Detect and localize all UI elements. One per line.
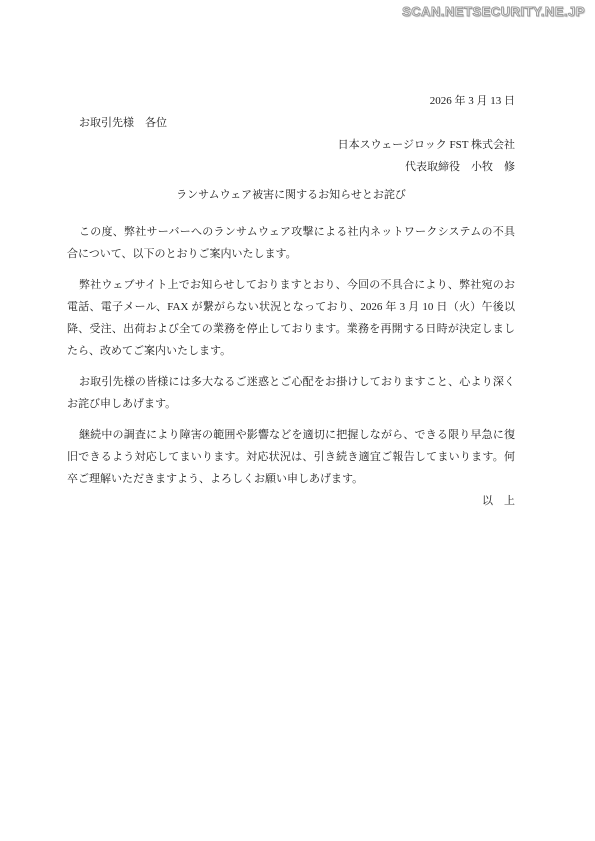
paragraph-line: この度、弊社サーバーへのランサムウェア攻撃による社内ネットワークシステムの不具	[67, 221, 515, 243]
sender-company: 日本スウェージロック FST 株式会社	[67, 134, 515, 156]
paragraph-line: 降、受注、出荷および全ての業務を停止しております。業務を再開する日時が決定しまし	[67, 318, 515, 340]
paragraph: お取引先様の皆様には多大なるご迷惑とご心配をお掛けしておりますこと、心より深くお…	[67, 371, 515, 415]
paragraph-line: 卒ご理解いただきますよう、よろしくお願い申しあげます。	[67, 468, 515, 490]
letter-date: 2026 年 3 月 13 日	[67, 90, 515, 112]
letter-page: SCAN.NETSECURITY.NE.JP 2026 年 3 月 13 日 お…	[0, 0, 595, 841]
paragraph-line: 旧できるよう対応してまいります。対応状況は、引き続き適宜ご報告してまいります。何	[67, 446, 515, 468]
paragraph-line: 弊社ウェブサイト上でお知らせしておりますとおり、今回の不具合により、弊社宛のお	[67, 274, 515, 296]
scan-netsecurity-watermark: SCAN.NETSECURITY.NE.JP	[402, 4, 585, 19]
paragraph-line: 合について、以下のとおりご案内いたします。	[67, 243, 515, 265]
paragraph: 継続中の調査により障害の範囲や影響などを適切に把握しながら、できる限り早急に復旧…	[67, 424, 515, 490]
letter-content: 2026 年 3 月 13 日 お取引先様 各位 日本スウェージロック FST …	[67, 90, 515, 512]
paragraph-line: 電話、電子メール、FAX が繋がらない状況となっており、2026 年 3 月 1…	[67, 296, 515, 318]
paragraph: 弊社ウェブサイト上でお知らせしておりますとおり、今回の不具合により、弊社宛のお電…	[67, 274, 515, 362]
paragraph-line: お取引先様の皆様には多大なるご迷惑とご心配をお掛けしておりますこと、心より深く	[67, 371, 515, 393]
letter-body: この度、弊社サーバーへのランサムウェア攻撃による社内ネットワークシステムの不具合…	[67, 221, 515, 490]
paragraph-line: お詫び申しあげます。	[67, 393, 515, 415]
letter-subject: ランサムウェア被害に関するお知らせとお詫び	[67, 184, 515, 206]
sender-title: 代表取締役 小牧 修	[67, 156, 515, 178]
letter-recipient: お取引先様 各位	[67, 112, 515, 134]
letter-closing: 以 上	[67, 490, 515, 512]
paragraph-line: たら、改めてご案内いたします。	[67, 340, 515, 362]
paragraph-line: 継続中の調査により障害の範囲や影響などを適切に把握しながら、できる限り早急に復	[67, 424, 515, 446]
paragraph: この度、弊社サーバーへのランサムウェア攻撃による社内ネットワークシステムの不具合…	[67, 221, 515, 265]
